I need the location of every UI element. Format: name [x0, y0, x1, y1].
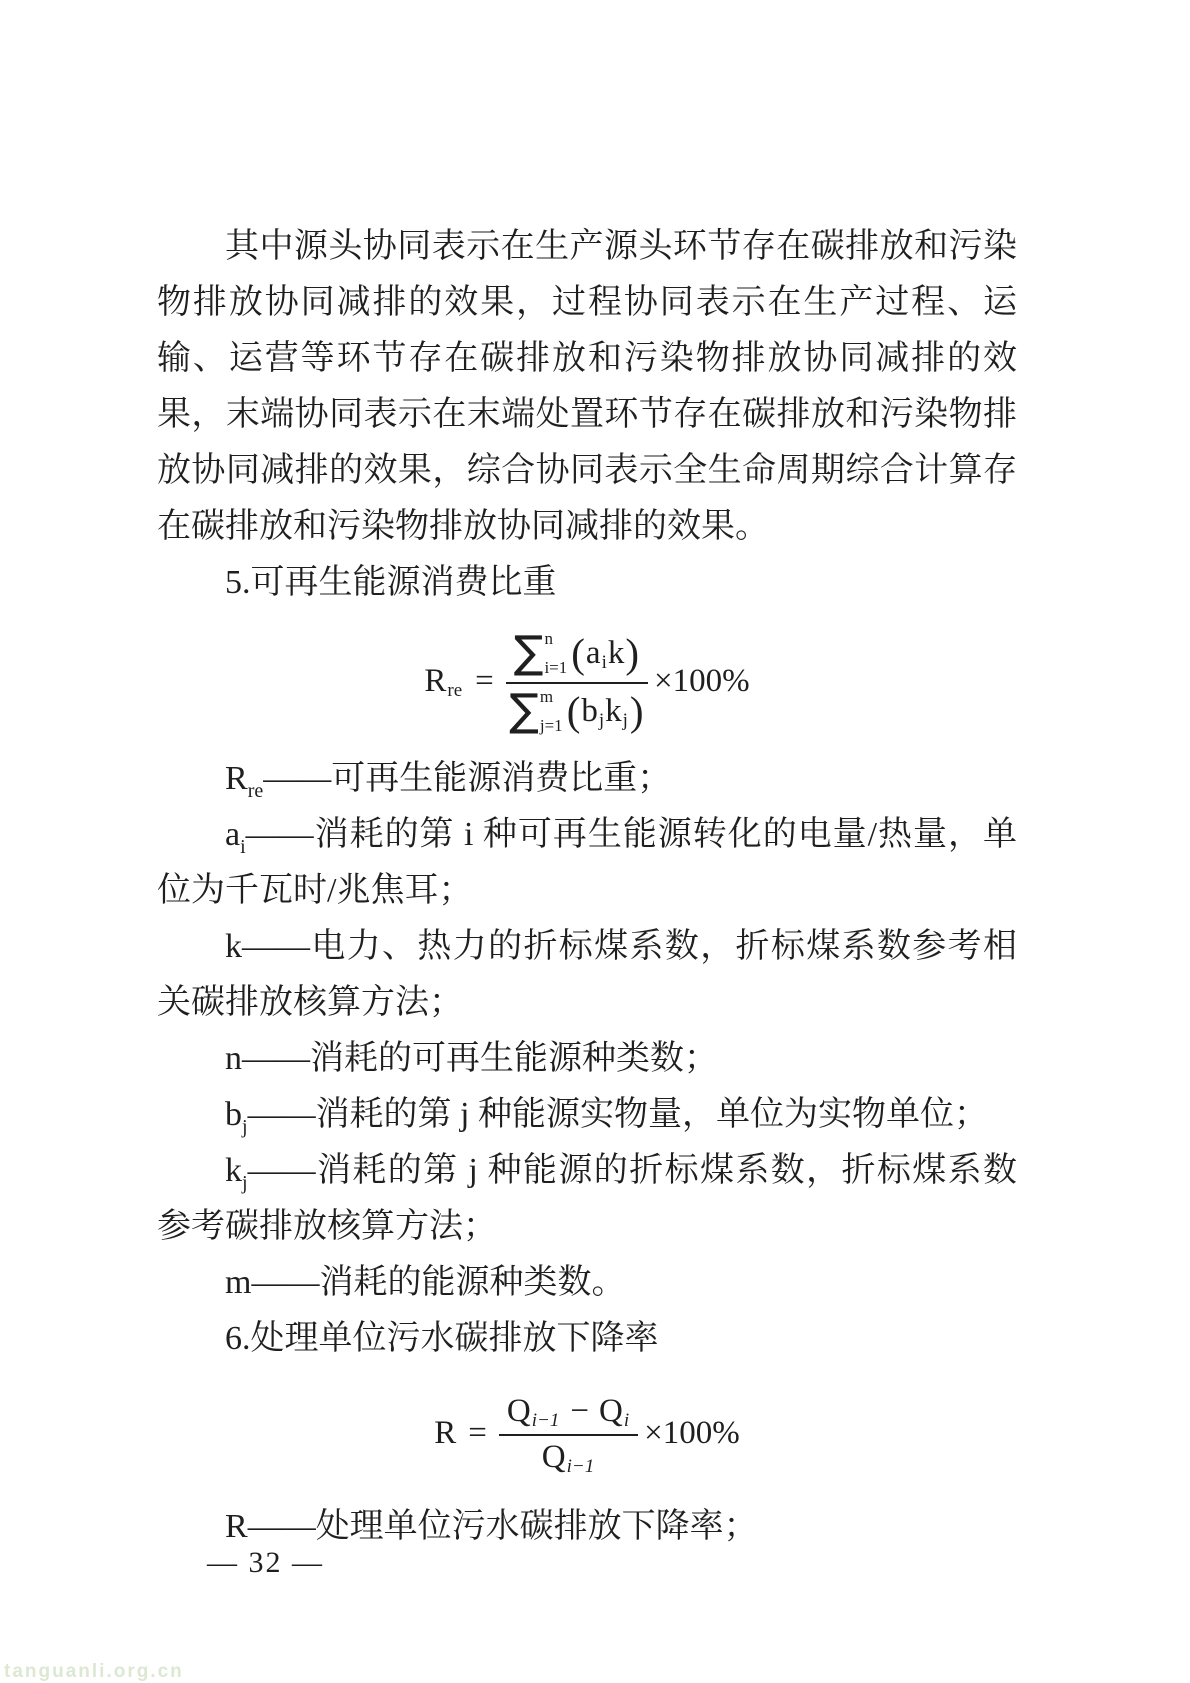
f1-denominator-sum-limits: m j=1 — [539, 687, 563, 736]
f2-denominator: Qi−1 — [542, 1436, 595, 1476]
definition-symbol: R — [225, 760, 248, 797]
f1-numerator-sum-limits: n i=1 — [543, 629, 567, 678]
f1-row: Rre = ∑ n i=1 (aik) — [424, 627, 749, 736]
f2-row: R = Qi−1−Qi Qi−1 ×100% — [434, 1391, 739, 1476]
f1-result-symbol: R — [424, 663, 446, 700]
sigma-icon: ∑ — [509, 689, 539, 733]
f1-fraction: ∑ n i=1 (aik) ∑ m — [506, 627, 648, 736]
f2-numerator-q-prev: Q — [507, 1393, 531, 1430]
definition-bj: bj——消耗的第 j 种能源实物量，单位为实物单位； — [157, 1087, 1017, 1143]
definition-text: ——可再生能源消费比重； — [263, 760, 671, 797]
definition-symbol: n — [225, 1040, 242, 1077]
sigma-icon: ∑ — [514, 631, 544, 675]
f1-numerator-sum: ∑ n i=1 — [514, 629, 567, 678]
section-5-heading: 5.可再生能源消费比重 — [157, 555, 1017, 611]
f2-equals-sign: = — [468, 1415, 487, 1452]
f1-numerator-var-a: a — [586, 635, 601, 672]
f2-numerator: Qi−1−Qi — [499, 1391, 638, 1436]
f2-minus-sign: − — [570, 1393, 589, 1430]
definition-text: ——消耗的第 j 种能源的折标煤系数，折标煤系数参考碳排放核算方法； — [157, 1152, 1017, 1245]
definition-text: ——消耗的可再生能源种类数； — [242, 1040, 718, 1077]
f1-denominator-var-k: k — [605, 693, 622, 730]
paragraph-synergy: 其中源头协同表示在生产源头环节存在碳排放和污染物排放协同减排的效果，过程协同表示… — [157, 219, 1017, 555]
content-area: 其中源头协同表示在生产源头环节存在碳排放和污染物排放协同减排的效果，过程协同表示… — [157, 219, 1017, 1555]
definition-rre: Rre——可再生能源消费比重； — [157, 751, 1017, 807]
section-6-heading: 6.处理单位污水碳排放下降率 — [157, 1311, 1017, 1367]
definition-symbol: k — [225, 1152, 242, 1189]
f2-result-symbol: R — [434, 1415, 456, 1452]
definition-symbol: m — [225, 1264, 251, 1301]
document-page: 其中源头协同表示在生产源头环节存在碳排放和污染物排放协同减排的效果，过程协同表示… — [0, 0, 1190, 1683]
definition-symbol: a — [225, 816, 240, 853]
definition-m: m——消耗的能源种类数。 — [157, 1255, 1017, 1311]
f1-equals-sign: = — [475, 663, 494, 700]
definition-kj: kj——消耗的第 j 种能源的折标煤系数，折标煤系数参考碳排放核算方法； — [157, 1143, 1017, 1255]
f1-denominator-sum: ∑ m j=1 — [509, 687, 562, 736]
definition-symbol: k — [225, 928, 242, 965]
definition-text: ——消耗的能源种类数。 — [251, 1264, 625, 1301]
f1-numerator-var-a-subscript: i — [602, 652, 607, 674]
definition-n: n——消耗的可再生能源种类数； — [157, 1031, 1017, 1087]
f1-numerator-open-paren: ( — [571, 633, 585, 674]
f2-numerator-q-prev-subscript: i−1 — [532, 1410, 560, 1432]
f1-result-subscript: re — [447, 680, 462, 702]
f1-denominator-var-b-subscript: j — [599, 710, 604, 732]
f1-denominator-upper-limit: m — [540, 688, 563, 705]
definition-text: ——消耗的第 i 种可再生能源转化的电量/热量，单位为千瓦时/兆焦耳； — [157, 816, 1017, 909]
page-number: — 32 — — [207, 1546, 324, 1580]
definition-text: ——处理单位污水碳排放下降率； — [248, 1508, 758, 1545]
f1-numerator: ∑ n i=1 (aik) — [506, 627, 648, 684]
f1-denominator-var-k-subscript: j — [623, 710, 628, 732]
f1-denominator-open-paren: ( — [567, 691, 581, 732]
f2-fraction: Qi−1−Qi Qi−1 — [499, 1391, 638, 1476]
f2-denominator-q: Q — [542, 1439, 566, 1476]
f1-denominator: ∑ m j=1 (bjkj) — [509, 684, 644, 736]
f2-denominator-q-subscript: i−1 — [567, 1456, 595, 1478]
f1-numerator-upper-limit: n — [544, 630, 567, 647]
formula-emission-decline-rate: R = Qi−1−Qi Qi−1 ×100% — [157, 1367, 1017, 1499]
f1-numerator-lower-limit: i=1 — [544, 659, 567, 676]
definition-symbol: b — [225, 1096, 242, 1133]
definition-symbol: R — [225, 1508, 248, 1545]
f1-denominator-lower-limit: j=1 — [540, 717, 563, 734]
definition-k: k——电力、热力的折标煤系数，折标煤系数参考相关碳排放核算方法； — [157, 919, 1017, 1031]
f1-denominator-close-paren: ) — [630, 691, 644, 732]
f1-denominator-var-b: b — [581, 693, 598, 730]
f1-numerator-var-k: k — [608, 635, 625, 672]
definition-symbol-subscript: re — [248, 780, 264, 802]
f1-multiplier: ×100% — [654, 663, 750, 700]
definition-text: ——消耗的第 j 种能源实物量，单位为实物单位； — [248, 1096, 988, 1133]
definition-ai: ai——消耗的第 i 种可再生能源转化的电量/热量，单位为千瓦时/兆焦耳； — [157, 807, 1017, 919]
f2-numerator-q-current: Q — [599, 1393, 623, 1430]
f2-multiplier: ×100% — [644, 1415, 740, 1452]
f1-numerator-close-paren: ) — [625, 633, 639, 674]
formula-renewable-energy-ratio: Rre = ∑ n i=1 (aik) — [157, 611, 1017, 751]
definition-text: ——电力、热力的折标煤系数，折标煤系数参考相关碳排放核算方法； — [157, 928, 1017, 1021]
f2-numerator-q-current-subscript: i — [624, 1410, 629, 1432]
watermark: tanguanli.org.cn — [4, 1661, 184, 1683]
